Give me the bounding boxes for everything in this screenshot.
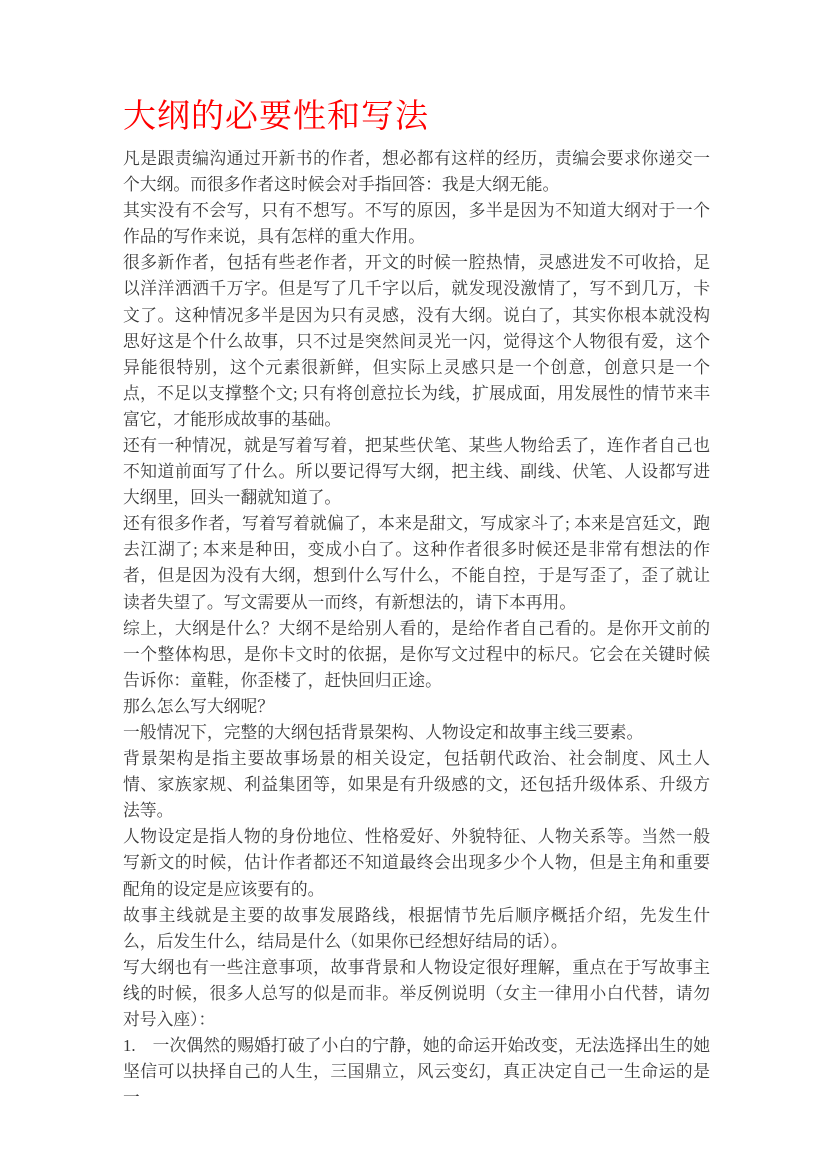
paragraph: 很多新作者，包括有些老作者，开文的时候一腔热情，灵感进发不可收拾，足以洋洋洒洒千… [123, 250, 710, 433]
paragraph: 1. 一次偶然的赐婚打破了小白的宁静，她的命运开始改变，无法选择出生的她坚信可以… [123, 1033, 710, 1111]
paragraph: 还有很多作者，写着写着就偏了，本来是甜文，写成家斗了; 本来是宫廷文，跑去江湖了… [123, 511, 710, 615]
paragraph: 一般情况下，完整的大纲包括背景架构、人物设定和故事主线三要素。 [123, 720, 710, 746]
document-title: 大纲的必要性和写法 [123, 99, 710, 137]
paragraph: 背景架构是指主要故事场景的相关设定，包括朝代政治、社会制度、风土人情、家族家规、… [123, 746, 710, 824]
document-body: 凡是跟责编沟通过开新书的作者，想必都有这样的经历，责编会要求你递交一个大纲。而很… [123, 146, 710, 1111]
paragraph: 人物设定是指人物的身份地位、性格爱好、外貌特征、人物关系等。当然一般写新文的时候… [123, 824, 710, 902]
paragraph: 还有一种情况，就是写着写着，把某些伏笔、某些人物给丢了，连作者自己也不知道前面写… [123, 433, 710, 511]
paragraph: 综上，大纲是什么？大纲不是给别人看的，是给作者自己看的。是你开文前的一个整体构思… [123, 616, 710, 694]
document-page: 大纲的必要性和写法 凡是跟责编沟通过开新书的作者，想必都有这样的经历，责编会要求… [0, 0, 827, 1169]
document-content-area: 大纲的必要性和写法 凡是跟责编沟通过开新书的作者，想必都有这样的经历，责编会要求… [123, 0, 710, 1111]
paragraph: 那么怎么写大纲呢？ [123, 694, 710, 720]
paragraph: 写大纲也有一些注意事项，故事背景和人物设定很好理解，重点在于写故事主线的时候，很… [123, 955, 710, 1033]
paragraph: 故事主线就是主要的故事发展路线，根据情节先后顺序概括介绍，先发生什么，后发生什么… [123, 903, 710, 955]
paragraph: 其实没有不会写，只有不想写。不写的原因，多半是因为不知道大纲对于一个作品的写作来… [123, 198, 710, 250]
paragraph: 凡是跟责编沟通过开新书的作者，想必都有这样的经历，责编会要求你递交一个大纲。而很… [123, 146, 710, 198]
